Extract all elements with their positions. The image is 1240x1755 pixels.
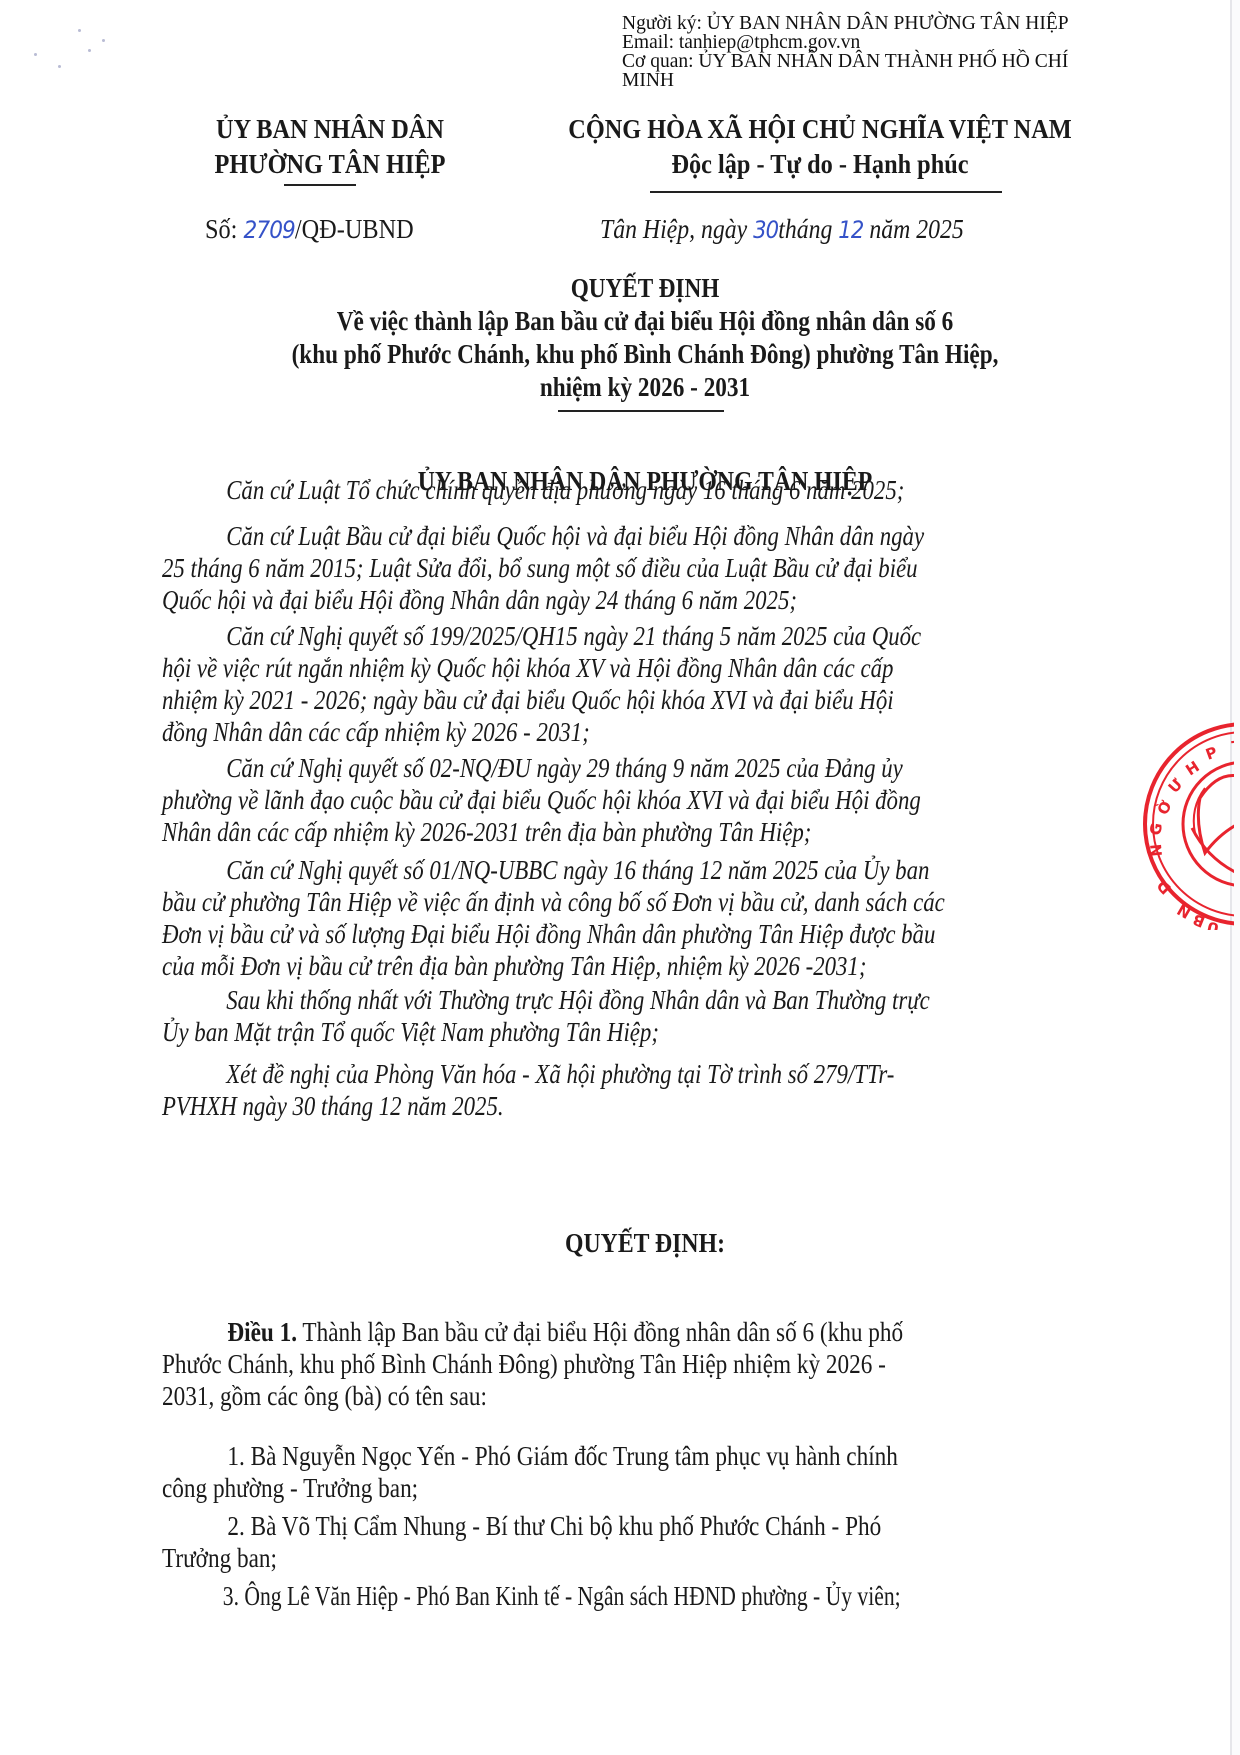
member-item: 2. Bà Võ Thị Cẩm Nhung - Bí thư Chi bộ k… xyxy=(162,1510,1162,1574)
preamble-line: Ủy ban Mặt trận Tổ quốc Việt Nam phường … xyxy=(162,1016,1007,1048)
document-number: Số: 2709/QĐ-UBND xyxy=(205,214,414,245)
preamble-line: hội về việc rút ngắn nhiệm kỳ Quốc hội k… xyxy=(162,652,1007,684)
national-title: CỘNG HÒA XÃ HỘI CHỦ NGHĨA VIỆT NAM xyxy=(532,112,1108,147)
signer-agency-cont: MINH xyxy=(622,71,1182,90)
member-line: 3. Ông Lê Văn Hiệp - Phó Ban Kinh tế - N… xyxy=(162,1580,962,1612)
preamble-line: Căn cứ Nghị quyết số 02-NQ/ĐU ngày 29 th… xyxy=(162,752,1007,784)
decision-heading: QUYẾT ĐỊNH: xyxy=(201,1228,1090,1259)
preamble-line: phường về lãnh đạo cuộc bầu cử đại biểu … xyxy=(162,784,1007,816)
national-motto: Độc lập - Tự do - Hạnh phúc xyxy=(532,147,1108,182)
svg-text:Ư: Ư xyxy=(1165,775,1187,797)
preamble-line: của mỗi Đơn vị bầu cử trên địa bàn phườn… xyxy=(162,950,1007,982)
preamble-paragraph: Sau khi thống nhất với Thường trực Hội đ… xyxy=(162,984,1162,1048)
handwritten-month: 12 xyxy=(838,216,863,244)
issuer-header: ỦY BAN NHÂN DÂN PHƯỜNG TÂN HIỆP xyxy=(195,112,465,182)
article-1-text: Điều 1. Thành lập Ban bầu cử đại biểu Hộ… xyxy=(162,1316,1162,1412)
preamble-paragraph: Căn cứ Luật Tổ chức chính quyền địa phươ… xyxy=(162,474,1162,506)
preamble-paragraph: Căn cứ Nghị quyết số 02-NQ/ĐU ngày 29 th… xyxy=(162,752,1162,848)
article-label: Điều 1. xyxy=(227,1317,297,1347)
member-line: Trưởng ban; xyxy=(162,1542,1022,1574)
official-stamp: G N Ờ Ư H P T D . N B U xyxy=(1130,718,1234,930)
preamble-line: Căn cứ Nghị quyết số 199/2025/QH15 ngày … xyxy=(162,620,1007,652)
preamble-line: Sau khi thống nhất với Thường trực Hội đ… xyxy=(162,984,1007,1016)
member-line: công phường - Trưởng ban; xyxy=(162,1472,1022,1504)
issuer-line1: ỦY BAN NHÂN DÂN xyxy=(195,112,465,147)
preamble-line: Đơn vị bầu cử và số lượng Đại biểu Hội đ… xyxy=(162,918,1007,950)
digital-signature-block: Người ký: ỦY BAN NHÂN DÂN PHƯỜNG TÂN HIỆ… xyxy=(622,14,1182,90)
preamble-line: 25 tháng 6 năm 2015; Luật Sửa đổi, bổ su… xyxy=(162,552,1007,584)
article-line: 2031, gồm các ông (bà) có tên sau: xyxy=(162,1380,1022,1412)
preamble-line: bầu cử phường Tân Hiệp về việc ấn định v… xyxy=(162,886,1007,918)
title-subject-3: nhiệm kỳ 2026 - 2031 xyxy=(211,371,1080,404)
member-item: 3. Ông Lê Văn Hiệp - Phó Ban Kinh tế - N… xyxy=(162,1580,1162,1612)
svg-text:P: P xyxy=(1203,743,1219,764)
signer-agency: Cơ quan: ỦY BAN NHÂN DÂN THÀNH PHỐ HỒ CH… xyxy=(622,52,1182,71)
svg-text:G: G xyxy=(1146,821,1166,836)
preamble-paragraph: Căn cứ Nghị quyết số 01/NQ-UBBC ngày 16 … xyxy=(162,854,1162,982)
preamble-line: Căn cứ Luật Bầu cử đại biểu Quốc hội và … xyxy=(162,520,1007,552)
article-line: Phước Chánh, khu phố Bình Chánh Đông) ph… xyxy=(162,1348,1022,1380)
preamble-line: nhiệm kỳ 2021 - 2026; ngày bầu cử đại bi… xyxy=(162,684,1007,716)
member-item: 1. Bà Nguyễn Ngọc Yến - Phó Giám đốc Tru… xyxy=(162,1440,1162,1504)
title-subject-1: Về việc thành lập Ban bầu cử đại biểu Hộ… xyxy=(211,305,1080,338)
preamble-line: Xét đề nghị của Phòng Văn hóa - Xã hội p… xyxy=(162,1058,1007,1090)
preamble-line: Quốc hội và đại biểu Hội đồng Nhân dân n… xyxy=(162,584,1007,616)
issuer-line2: PHƯỜNG TÂN HIỆP xyxy=(195,147,465,182)
motto-underline xyxy=(650,191,1002,193)
svg-text:H: H xyxy=(1182,757,1202,779)
preamble-line: Căn cứ Luật Tổ chức chính quyền địa phươ… xyxy=(162,474,1007,506)
preamble-line: PVHXH ngày 30 tháng 12 năm 2025. xyxy=(162,1090,1007,1122)
member-line: 2. Bà Võ Thị Cẩm Nhung - Bí thư Chi bộ k… xyxy=(162,1510,1022,1542)
svg-text:T: T xyxy=(1231,737,1234,756)
title-subject-2: (khu phố Phước Chánh, khu phố Bình Chánh… xyxy=(211,338,1080,371)
handwritten-number: 2709 xyxy=(244,216,295,244)
preamble-paragraph: Căn cứ Nghị quyết số 199/2025/QH15 ngày … xyxy=(162,620,1162,748)
member-line: 1. Bà Nguyễn Ngọc Yến - Phó Giám đốc Tru… xyxy=(162,1440,1022,1472)
handwritten-day: 30 xyxy=(753,216,778,244)
preamble-line: Căn cứ Nghị quyết số 01/NQ-UBBC ngày 16 … xyxy=(162,854,1007,886)
scan-specks xyxy=(30,25,120,75)
preamble-line: đồng Nhân dân các cấp nhiệm kỳ 2026 - 20… xyxy=(162,716,1007,748)
preamble-paragraph: Căn cứ Luật Bầu cử đại biểu Quốc hội và … xyxy=(162,520,1162,616)
document-date: Tân Hiệp, ngày 30tháng 12 năm 2025 xyxy=(600,214,964,245)
preamble-paragraph: Xét đề nghị của Phòng Văn hóa - Xã hội p… xyxy=(162,1058,1162,1122)
title-heading: QUYẾT ĐỊNH xyxy=(211,272,1080,305)
national-header: CỘNG HÒA XÃ HỘI CHỦ NGHĨA VIỆT NAM Độc l… xyxy=(532,112,1108,182)
signer-email: Email: tanhiep@tphcm.gov.vn xyxy=(622,33,1182,52)
issuer-underline xyxy=(284,184,356,186)
title-underline xyxy=(558,410,724,412)
svg-text:B: B xyxy=(1190,910,1207,930)
preamble-line: Nhân dân các cấp nhiệm kỳ 2026-2031 trên… xyxy=(162,816,1007,848)
document-title: QUYẾT ĐỊNH Về việc thành lập Ban bầu cử … xyxy=(140,272,1150,404)
signer: Người ký: ỦY BAN NHÂN DÂN PHƯỜNG TÂN HIỆ… xyxy=(622,14,1182,33)
svg-text:N: N xyxy=(1147,843,1166,857)
